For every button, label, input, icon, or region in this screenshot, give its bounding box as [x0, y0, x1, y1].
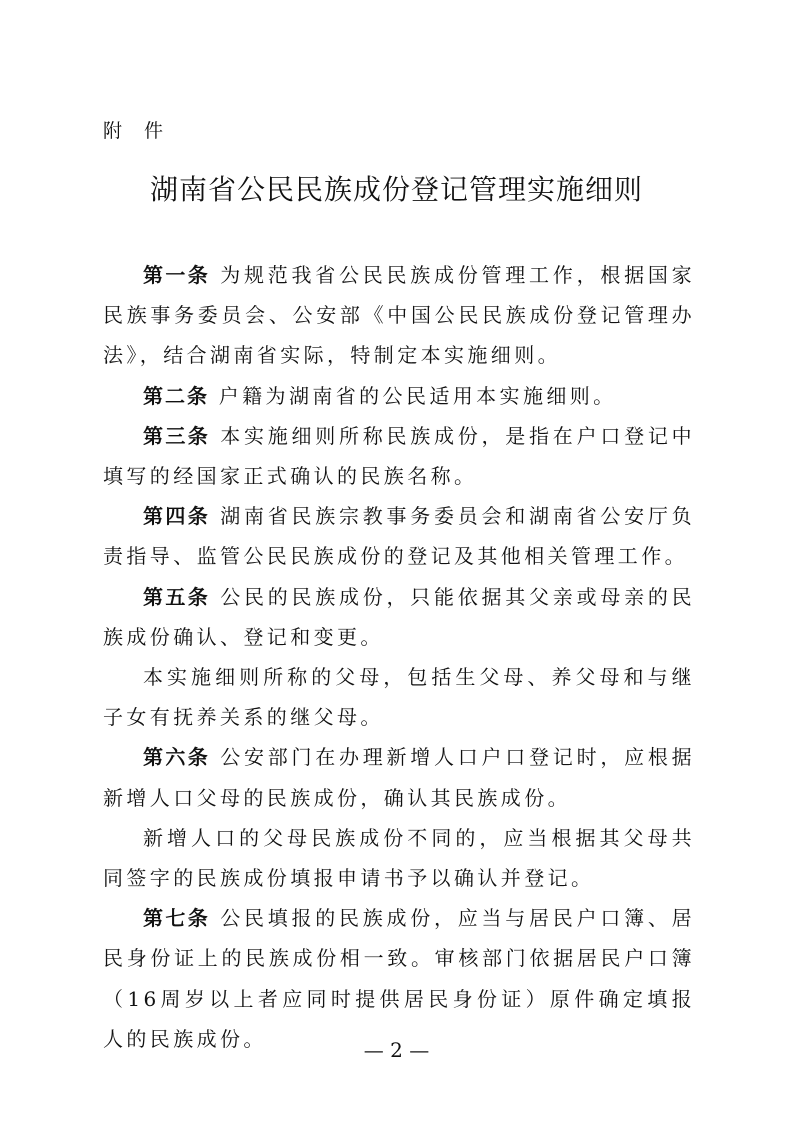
- attachment-label: 附 件: [103, 116, 171, 143]
- article-2: 第二条 户籍为湖南省的公民适用本实施细则。: [103, 376, 695, 416]
- article-number: 第四条: [143, 504, 210, 528]
- article-number: 第一条: [143, 263, 210, 287]
- article-number: 第二条: [143, 384, 209, 408]
- paragraph-text: 本实施细则所称的父母，包括生父母、养父母和与继子女有抚养关系的继父母。: [103, 665, 695, 729]
- article-6: 第六条 公安部门在办理新增人口户口登记时，应根据新增人口父母的民族成份，确认其民…: [103, 737, 695, 817]
- paragraph-text: 新增人口的父母民族成份不同的，应当根据其父母共同签字的民族成份填报申请书予以确认…: [103, 826, 695, 890]
- article-5: 第五条 公民的民族成份，只能依据其父亲或母亲的民族成份确认、登记和变更。: [103, 577, 695, 657]
- article-number: 第五条: [143, 585, 210, 609]
- article-6-paragraph-2: 新增人口的父母民族成份不同的，应当根据其父母共同签字的民族成份填报申请书予以确认…: [103, 818, 695, 898]
- article-number: 第三条: [143, 424, 210, 448]
- document-title: 湖南省公民民族成份登记管理实施细则: [0, 168, 793, 208]
- article-text: 户籍为湖南省的公民适用本实施细则。: [209, 384, 617, 408]
- article-number: 第七条: [143, 906, 210, 930]
- article-3: 第三条 本实施细则所称民族成份，是指在户口登记中填写的经国家正式确认的民族名称。: [103, 416, 695, 496]
- article-4: 第四条 湖南省民族宗教事务委员会和湖南省公安厅负责指导、监管公民民族成份的登记及…: [103, 496, 695, 576]
- article-number: 第六条: [143, 745, 210, 769]
- document-body: 第一条 为规范我省公民民族成份管理工作，根据国家民族事务委员会、公安部《中国公民…: [103, 255, 695, 1059]
- page-number: — 2 —: [0, 1038, 793, 1062]
- article-1: 第一条 为规范我省公民民族成份管理工作，根据国家民族事务委员会、公安部《中国公民…: [103, 255, 695, 376]
- article-7: 第七条 公民填报的民族成份，应当与居民户口簿、居民身份证上的民族成份相一致。审核…: [103, 898, 695, 1059]
- article-5-paragraph-2: 本实施细则所称的父母，包括生父母、养父母和与继子女有抚养关系的继父母。: [103, 657, 695, 737]
